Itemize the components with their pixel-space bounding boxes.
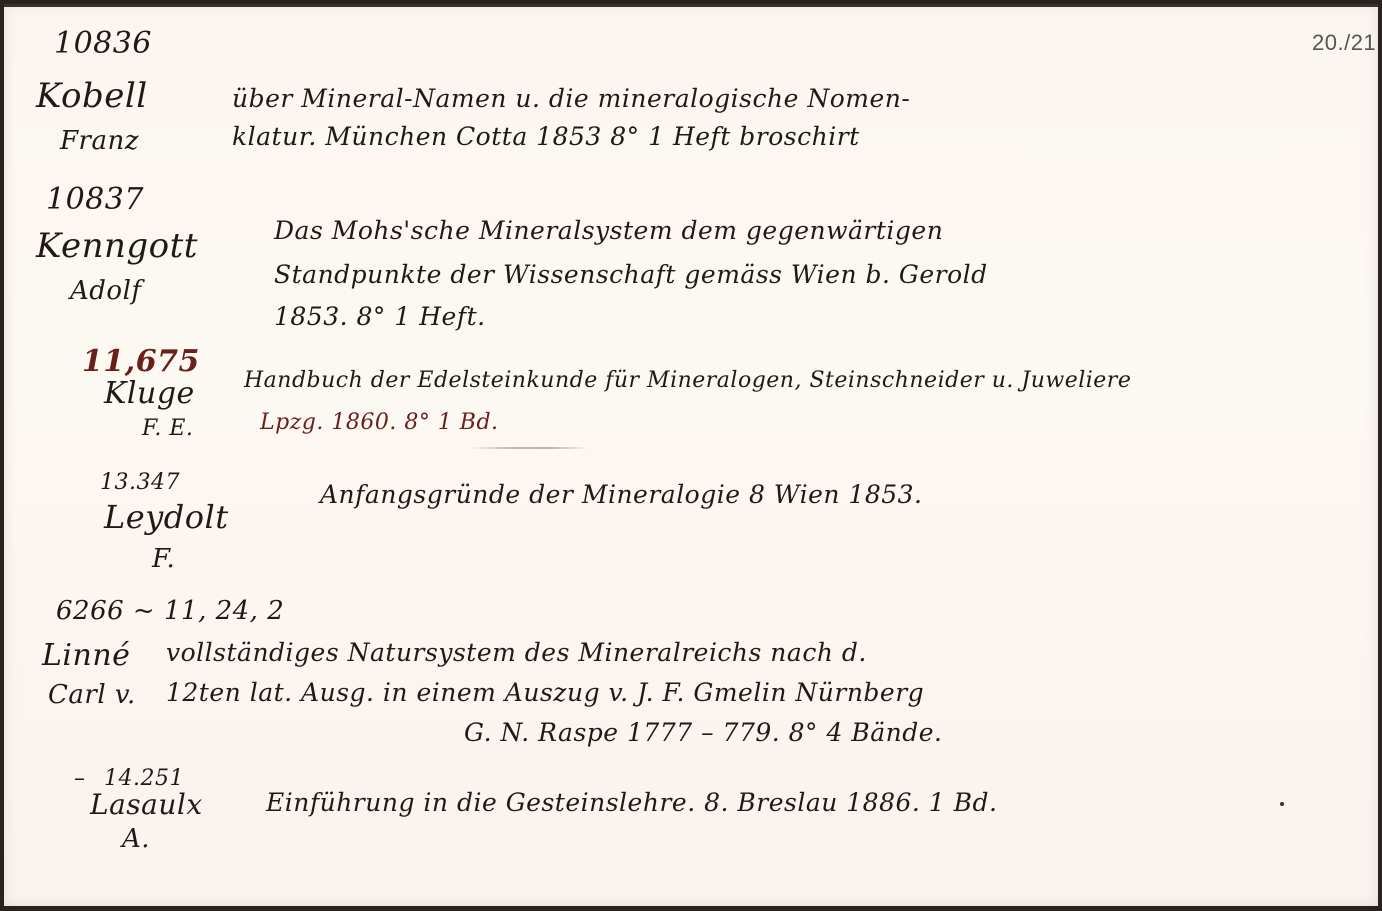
author-surname: Kenngott bbox=[36, 226, 198, 266]
call-number: 10837 bbox=[46, 182, 144, 217]
author-surname: Kobell bbox=[36, 76, 148, 116]
title-line: 1853. 8° 1 Heft. bbox=[274, 302, 486, 331]
author-forename: Franz bbox=[60, 126, 139, 156]
author-surname: Leydolt bbox=[104, 498, 229, 536]
title-line: klatur. München Cotta 1853 8° 1 Heft bro… bbox=[232, 122, 860, 151]
page-reference: 20./21 bbox=[1312, 30, 1376, 56]
divider-line bbox=[469, 447, 589, 449]
title-line: Das Mohs'sche Mineralsystem dem gegenwär… bbox=[274, 216, 943, 245]
author-surname: Linné bbox=[42, 638, 130, 673]
title-line: Lpzg. 1860. 8° 1 Bd. bbox=[260, 410, 499, 435]
title-line: 12ten lat. Ausg. in einem Auszug v. J. F… bbox=[166, 678, 924, 707]
author-forename: Adolf bbox=[70, 276, 142, 306]
author-surname: Kluge bbox=[104, 376, 195, 411]
author-forename: A. bbox=[122, 824, 150, 854]
call-prefix: – bbox=[74, 766, 86, 791]
title-line: Einführung in die Gesteinslehre. 8. Bres… bbox=[266, 788, 997, 817]
author-forename: F. E. bbox=[142, 416, 193, 441]
title-line: Anfangsgründe der Mineralogie 8 Wien 185… bbox=[320, 480, 923, 509]
title-line: vollständiges Natursystem des Mineralrei… bbox=[166, 638, 867, 667]
title-line: Handbuch der Edelsteinkunde für Mineralo… bbox=[244, 368, 1131, 393]
title-line: über Mineral-Namen u. die mineralogische… bbox=[232, 84, 910, 113]
title-line: G. N. Raspe 1777 – 779. 8° 4 Bände. bbox=[464, 718, 942, 747]
author-forename: Carl v. bbox=[48, 680, 136, 710]
call-number: 6266 ~ 11, 24, 2 bbox=[56, 596, 284, 626]
author-forename: F. bbox=[152, 544, 175, 574]
catalog-card: 20./21 10836 Kobell über Mineral-Namen u… bbox=[4, 4, 1378, 906]
call-number: 13.347 bbox=[100, 470, 180, 495]
call-number: 11,675 bbox=[82, 344, 200, 379]
author-surname: Lasaulx bbox=[90, 788, 203, 821]
ink-dot bbox=[1280, 802, 1284, 806]
title-line: Standpunkte der Wissenschaft gemäss Wien… bbox=[274, 260, 988, 289]
call-number: 10836 bbox=[54, 26, 152, 61]
